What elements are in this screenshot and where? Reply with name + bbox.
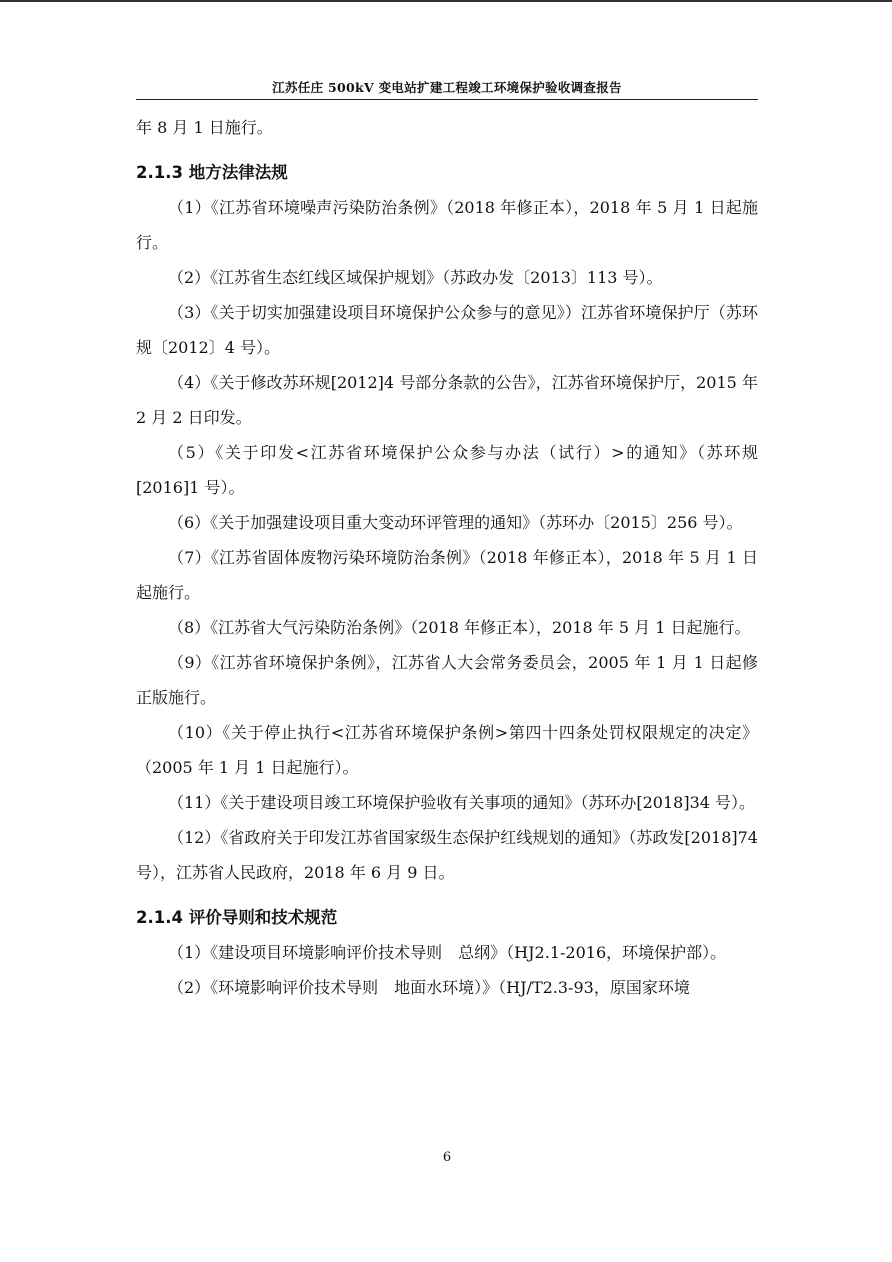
list-item: （1）《建设项目环境影响评价技术导则 总纲》（HJ2.1-2016，环境保护部）… xyxy=(136,935,758,970)
continuation-text: 年 8 月 1 日施行。 xyxy=(136,110,758,145)
section-heading-2-1-3: 2.1.3 地方法律法规 xyxy=(136,155,758,190)
list-item: （11）《关于建设项目竣工环境保护验收有关事项的通知》（苏环办[2018]34 … xyxy=(136,785,758,820)
list-item: （2）《江苏省生态红线区域保护规划》（苏政办发〔2013〕113 号）。 xyxy=(136,260,758,295)
list-item: （10）《关于停止执行<江苏省环境保护条例>第四十四条处罚权限规定的决定》（20… xyxy=(136,715,758,785)
list-item: （12）《省政府关于印发江苏省国家级生态保护红线规划的通知》（苏政发[2018]… xyxy=(136,820,758,890)
list-item: （4）《关于修改苏环规[2012]4 号部分条款的公告》，江苏省环境保护厅，20… xyxy=(136,365,758,435)
list-item: （5）《关于印发<江苏省环境保护公众参与办法（试行）>的通知》（苏环规[2016… xyxy=(136,435,758,505)
list-item: （3）《关于切实加强建设项目环境保护公众参与的意见》）江苏省环境保护厅（苏环规〔… xyxy=(136,295,758,365)
list-item: （6）《关于加强建设项目重大变动环评管理的通知》（苏环办〔2015〕256 号）… xyxy=(136,505,758,540)
page-top-border xyxy=(0,0,892,2)
list-item: （8）《江苏省大气污染防治条例》（2018 年修正本），2018 年 5 月 1… xyxy=(136,610,758,645)
list-item: （2）《环境影响评价技术导则 地面水环境）》（HJ/T2.3-93，原国家环境 xyxy=(136,970,758,1005)
page-number: 6 xyxy=(136,1150,758,1165)
header-rule xyxy=(136,99,758,100)
page-body: 年 8 月 1 日施行。 2.1.3 地方法律法规 （1）《江苏省环境噪声污染防… xyxy=(136,110,758,1005)
section-heading-2-1-4: 2.1.4 评价导则和技术规范 xyxy=(136,900,758,935)
running-header: 江苏任庄 500kV 变电站扩建工程竣工环境保护验收调查报告 xyxy=(136,78,758,96)
list-item: （9）《江苏省环境保护条例》，江苏省人大会常务委员会，2005 年 1 月 1 … xyxy=(136,645,758,715)
list-item: （7）《江苏省固体废物污染环境防治条例》（2018 年修正本），2018 年 5… xyxy=(136,540,758,610)
list-item: （1）《江苏省环境噪声污染防治条例》（2018 年修正本），2018 年 5 月… xyxy=(136,190,758,260)
